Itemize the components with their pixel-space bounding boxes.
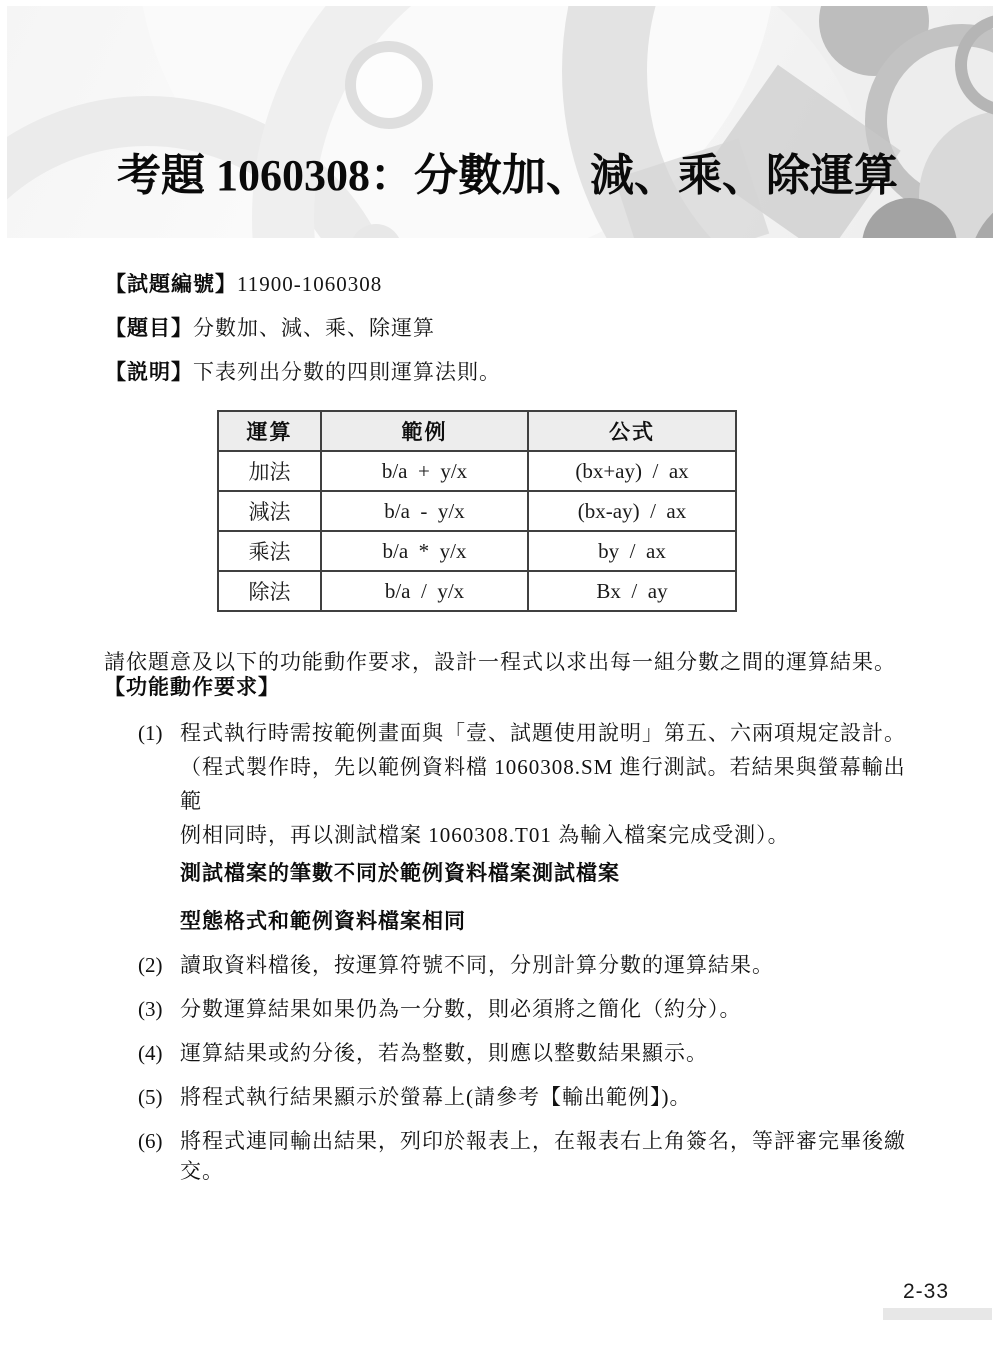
topic-label: 【題目】 — [105, 317, 193, 340]
page-title: 考題 1060308：分數加、減、乘、除運算 — [117, 150, 898, 203]
item-number: (1) — [138, 716, 163, 750]
requirement-item-6: (6) 將程式連同輸出結果，列印於報表上，在報表右上角簽名，等評審完畢後繳交。 — [105, 1126, 920, 1186]
item-text: 將程式執行結果顯示於螢幕上(請參考【輸出範例】)。 — [180, 1085, 691, 1109]
bold-note-2: 型態格式和範例資料檔案相同 — [105, 908, 920, 936]
description-value: 下表列出分數的四則運算法則。 — [193, 360, 501, 384]
exam-number-line: 【試題編號】11900-1060308 — [105, 270, 382, 299]
cell-operation: 除法 — [218, 571, 321, 611]
item-number: (4) — [138, 1038, 163, 1068]
table-row: 加法 b/a + y/x (bx+ay) / ax — [218, 451, 736, 491]
cell-example: b/a - y/x — [321, 491, 528, 531]
cell-operation: 減法 — [218, 491, 321, 531]
item-text: 運算結果或約分後，若為整數，則應以整數結果顯示。 — [180, 1041, 708, 1065]
cell-formula: by / ax — [528, 531, 736, 571]
item-text: 將程式連同輸出結果，列印於報表上，在報表右上角簽名，等評審完畢後繳交。 — [180, 1129, 906, 1183]
cell-example: b/a + y/x — [321, 451, 528, 491]
document-page: 考題 1060308：分數加、減、乘、除運算 【試題編號】11900-10603… — [0, 0, 1000, 1356]
table-row: 乘法 b/a * y/x by / ax — [218, 531, 736, 571]
requirements-heading: 【功能動作要求】 — [104, 673, 280, 703]
item-text: 分數運算結果如果仍為一分數，則必須將之簡化（約分）。 — [180, 997, 742, 1021]
item-number: (3) — [138, 994, 163, 1024]
description-label: 【説明】 — [105, 361, 193, 384]
cell-example: b/a * y/x — [321, 531, 528, 571]
item-number: (5) — [138, 1082, 163, 1112]
item-number: (2) — [138, 950, 163, 980]
cell-formula: Bx / ay — [528, 571, 736, 611]
item-number: (6) — [138, 1126, 163, 1156]
exam-number-label: 【試題編號】 — [105, 273, 237, 296]
column-header-formula: 公式 — [528, 411, 736, 451]
cell-formula: (bx+ay) / ax — [528, 451, 736, 491]
topic-value: 分數加、減、乘、除運算 — [193, 316, 435, 340]
topic-line: 【題目】分數加、減、乘、除運算 — [105, 314, 435, 343]
column-header-operation: 運算 — [218, 411, 321, 451]
cell-example: b/a / y/x — [321, 571, 528, 611]
exam-number-value: 11900-1060308 — [237, 272, 382, 296]
description-line: 【説明】下表列出分數的四則運算法則。 — [105, 358, 501, 387]
item-1-line-1: 程式執行時需按範例畫面與「壹、試題使用說明」第五、六兩項規定設計。 — [180, 716, 920, 750]
footer-bar — [883, 1308, 992, 1320]
requirement-item-2: (2) 讀取資料檔後，按運算符號不同，分別計算分數的運算結果。 — [105, 950, 920, 980]
bold-note-1: 測試檔案的筆數不同於範例資料檔案測試檔案 — [105, 860, 920, 888]
table-header-row: 運算 範例 公式 — [218, 411, 736, 451]
item-text: 讀取資料檔後，按運算符號不同，分別計算分數的運算結果。 — [180, 953, 774, 977]
item-1-line-2: （程式製作時，先以範例資料檔 1060308.SM 進行測試。若結果與螢幕輸出範 — [180, 750, 920, 818]
table-row: 除法 b/a / y/x Bx / ay — [218, 571, 736, 611]
header-banner: 考題 1060308：分數加、減、乘、除運算 — [7, 6, 993, 238]
cell-formula: (bx-ay) / ax — [528, 491, 736, 531]
table-row: 減法 b/a - y/x (bx-ay) / ax — [218, 491, 736, 531]
cell-operation: 加法 — [218, 451, 321, 491]
page-number: 2-33 — [903, 1280, 949, 1304]
requirement-item-1: (1) 程式執行時需按範例畫面與「壹、試題使用說明」第五、六兩項規定設計。 （程… — [105, 716, 920, 852]
column-header-example: 範例 — [321, 411, 528, 451]
operation-rules-table: 運算 範例 公式 加法 b/a + y/x (bx+ay) / ax 減法 b/… — [217, 410, 737, 612]
requirement-item-3: (3) 分數運算結果如果仍為一分數，則必須將之簡化（約分）。 — [105, 994, 920, 1024]
decorative-ring — [345, 41, 433, 129]
item-1-line-3: 例相同時，再以測試檔案 1060308.T01 為輸入檔案完成受測）。 — [180, 818, 920, 852]
cell-operation: 乘法 — [218, 531, 321, 571]
requirement-item-4: (4) 運算結果或約分後，若為整數，則應以整數結果顯示。 — [105, 1038, 920, 1068]
requirements-list: (1) 程式執行時需按範例畫面與「壹、試題使用說明」第五、六兩項規定設計。 （程… — [105, 716, 920, 1186]
requirement-item-5: (5) 將程式執行結果顯示於螢幕上(請參考【輸出範例】)。 — [105, 1082, 920, 1112]
